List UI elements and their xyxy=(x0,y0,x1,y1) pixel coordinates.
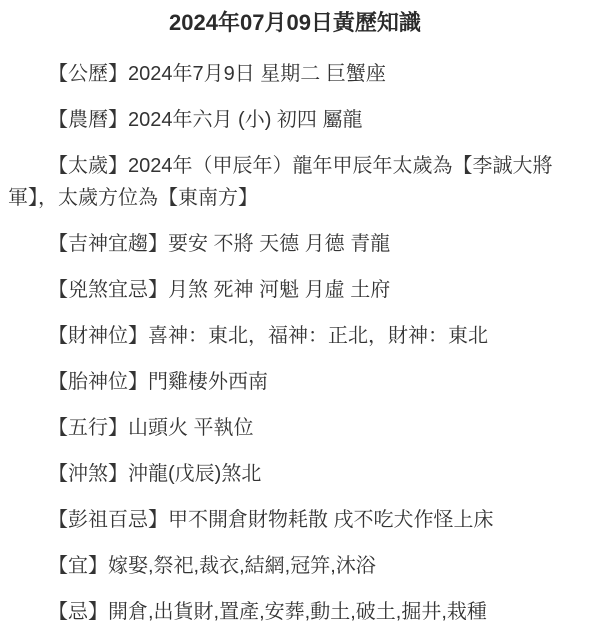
entry-lunar-date: 【農曆】2024年六月 (小) 初四 屬龍 xyxy=(8,104,560,136)
entry-inauspicious-gods-value: 月煞 死神 河魁 月虛 土府 xyxy=(168,279,390,301)
entry-pengzu-taboos-label: 【彭祖百忌】 xyxy=(48,509,168,531)
entry-five-elements-label: 【五行】 xyxy=(48,417,128,439)
entry-inauspicious-gods: 【兇煞宜忌】月煞 死神 河魁 月虛 土府 xyxy=(8,274,560,306)
entry-auspicious-gods-label: 【吉神宜趨】 xyxy=(48,233,168,255)
entry-inauspicious-gods-label: 【兇煞宜忌】 xyxy=(48,279,168,301)
entry-fetal-god-position-value: 門雞棲外西南 xyxy=(148,371,268,393)
entry-avoid-value: 開倉,出貨財,置產,安葬,動土,破土,掘井,栽種 xyxy=(108,601,487,623)
entry-wealth-god-position-label: 【財神位】 xyxy=(48,325,148,347)
almanac-page: 2024年07月09日黃歷知識 【公歷】2024年7月9日 星期二 巨蟹座 【農… xyxy=(0,0,590,628)
entry-gregorian-date-label: 【公歷】 xyxy=(48,63,128,85)
entry-avoid: 【忌】開倉,出貨財,置產,安葬,動土,破土,掘井,栽種 xyxy=(8,596,560,628)
entry-lunar-date-value: 2024年六月 (小) 初四 屬龍 xyxy=(128,109,362,131)
entry-clash-value: 沖龍(戊辰)煞北 xyxy=(128,463,261,485)
entry-wealth-god-position-value: 喜神：東北，福神：正北，財神：東北 xyxy=(148,325,488,347)
entry-five-elements-value: 山頭火 平執位 xyxy=(128,417,254,439)
entry-wealth-god-position: 【財神位】喜神：東北，福神：正北，財神：東北 xyxy=(8,320,560,352)
entry-pengzu-taboos-value: 甲不開倉財物耗散 戌不吃犬作怪上床 xyxy=(168,509,494,531)
entry-auspicious-gods: 【吉神宜趨】要安 不將 天德 月德 青龍 xyxy=(8,228,560,260)
entry-gregorian-date-value: 2024年7月9日 星期二 巨蟹座 xyxy=(128,63,386,85)
entry-avoid-label: 【忌】 xyxy=(48,601,108,623)
entry-taisui: 【太歲】2024年（甲辰年）龍年甲辰年太歲為【李誠大將軍】，太歲方位為【東南方】 xyxy=(8,150,560,214)
entry-suitable-label: 【宜】 xyxy=(48,555,108,577)
entry-gregorian-date: 【公歷】2024年7月9日 星期二 巨蟹座 xyxy=(8,58,560,90)
entry-lunar-date-label: 【農曆】 xyxy=(48,109,128,131)
entry-fetal-god-position-label: 【胎神位】 xyxy=(48,371,148,393)
entry-auspicious-gods-value: 要安 不將 天德 月德 青龍 xyxy=(168,233,390,255)
entry-five-elements: 【五行】山頭火 平執位 xyxy=(8,412,560,444)
entry-pengzu-taboos: 【彭祖百忌】甲不開倉財物耗散 戌不吃犬作怪上床 xyxy=(8,504,560,536)
entry-suitable-value: 嫁娶,祭祀,裁衣,結網,冠笄,沐浴 xyxy=(108,555,376,577)
entry-fetal-god-position: 【胎神位】門雞棲外西南 xyxy=(8,366,560,398)
entry-taisui-label: 【太歲】 xyxy=(48,155,128,177)
page-title: 2024年07月09日黃歷知識 xyxy=(8,8,582,38)
entry-clash-label: 【沖煞】 xyxy=(48,463,128,485)
entry-clash: 【沖煞】沖龍(戊辰)煞北 xyxy=(8,458,560,490)
entry-suitable: 【宜】嫁娶,祭祀,裁衣,結網,冠笄,沐浴 xyxy=(8,550,560,582)
